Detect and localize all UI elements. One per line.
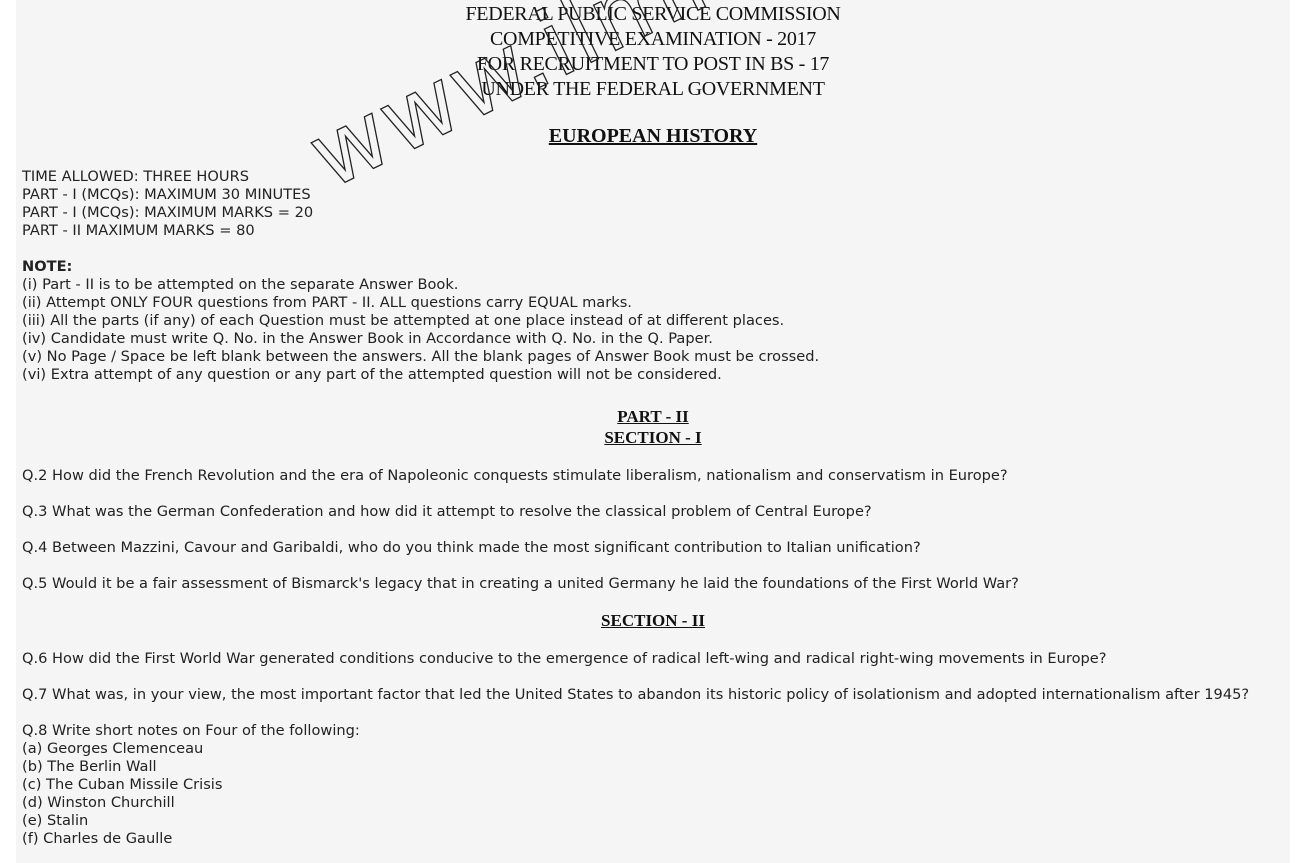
header-line: FOR RECRUITMENT TO POST IN BS - 17 xyxy=(16,52,1290,77)
section-one-heading: SECTION - I xyxy=(16,427,1290,448)
note-item: (vi) Extra attempt of any question or an… xyxy=(22,366,819,384)
header-line: UNDER THE FEDERAL GOVERNMENT xyxy=(16,77,1290,102)
question-2: Q.2 How did the French Revolution and th… xyxy=(22,467,1008,484)
question-8-option: (e) Stalin xyxy=(22,812,360,830)
note-item: (iii) All the parts (if any) of each Que… xyxy=(22,312,819,330)
note-item: (ii) Attempt ONLY FOUR questions from PA… xyxy=(22,294,819,312)
question-8-option: (b) The Berlin Wall xyxy=(22,758,360,776)
question-8-option: (c) The Cuban Missile Crisis xyxy=(22,776,360,794)
question-8-prompt: Q.8 Write short notes on Four of the fol… xyxy=(22,722,360,740)
subject-title: EUROPEAN HISTORY xyxy=(16,125,1290,148)
note-block: NOTE: (i) Part - II is to be attempted o… xyxy=(22,258,819,384)
exam-info-line: PART - I (MCQs): MAXIMUM 30 MINUTES xyxy=(22,186,313,204)
header-line: COMPETITIVE EXAMINATION - 2017 xyxy=(16,27,1290,52)
note-item: (i) Part - II is to be attempted on the … xyxy=(22,276,819,294)
question-3: Q.3 What was the German Confederation an… xyxy=(22,503,872,520)
note-label: NOTE: xyxy=(22,258,819,276)
exam-info-line: PART - II MAXIMUM MARKS = 80 xyxy=(22,222,313,240)
part-two-heading: PART - II xyxy=(16,406,1290,427)
paper-header: FEDERAL PUBLIC SERVICE COMMISSION COMPET… xyxy=(16,2,1290,102)
question-7: Q.7 What was, in your view, the most imp… xyxy=(22,686,1249,703)
question-5: Q.5 Would it be a fair assessment of Bis… xyxy=(22,575,1019,592)
question-8: Q.8 Write short notes on Four of the fol… xyxy=(22,722,360,848)
section-two-heading: SECTION - II xyxy=(16,610,1290,631)
exam-info-line: TIME ALLOWED: THREE HOURS xyxy=(22,168,313,186)
question-6: Q.6 How did the First World War generate… xyxy=(22,650,1107,667)
note-item: (v) No Page / Space be left blank betwee… xyxy=(22,348,819,366)
exam-info: TIME ALLOWED: THREE HOURS PART - I (MCQs… xyxy=(22,168,313,240)
question-8-option: (a) Georges Clemenceau xyxy=(22,740,360,758)
question-8-option: (d) Winston Churchill xyxy=(22,794,360,812)
exam-paper-page: FEDERAL PUBLIC SERVICE COMMISSION COMPET… xyxy=(16,0,1290,863)
question-4: Q.4 Between Mazzini, Cavour and Garibald… xyxy=(22,539,921,556)
question-8-option: (f) Charles de Gaulle xyxy=(22,830,360,848)
exam-info-line: PART - I (MCQs): MAXIMUM MARKS = 20 xyxy=(22,204,313,222)
note-item: (iv) Candidate must write Q. No. in the … xyxy=(22,330,819,348)
header-line: FEDERAL PUBLIC SERVICE COMMISSION xyxy=(16,2,1290,27)
